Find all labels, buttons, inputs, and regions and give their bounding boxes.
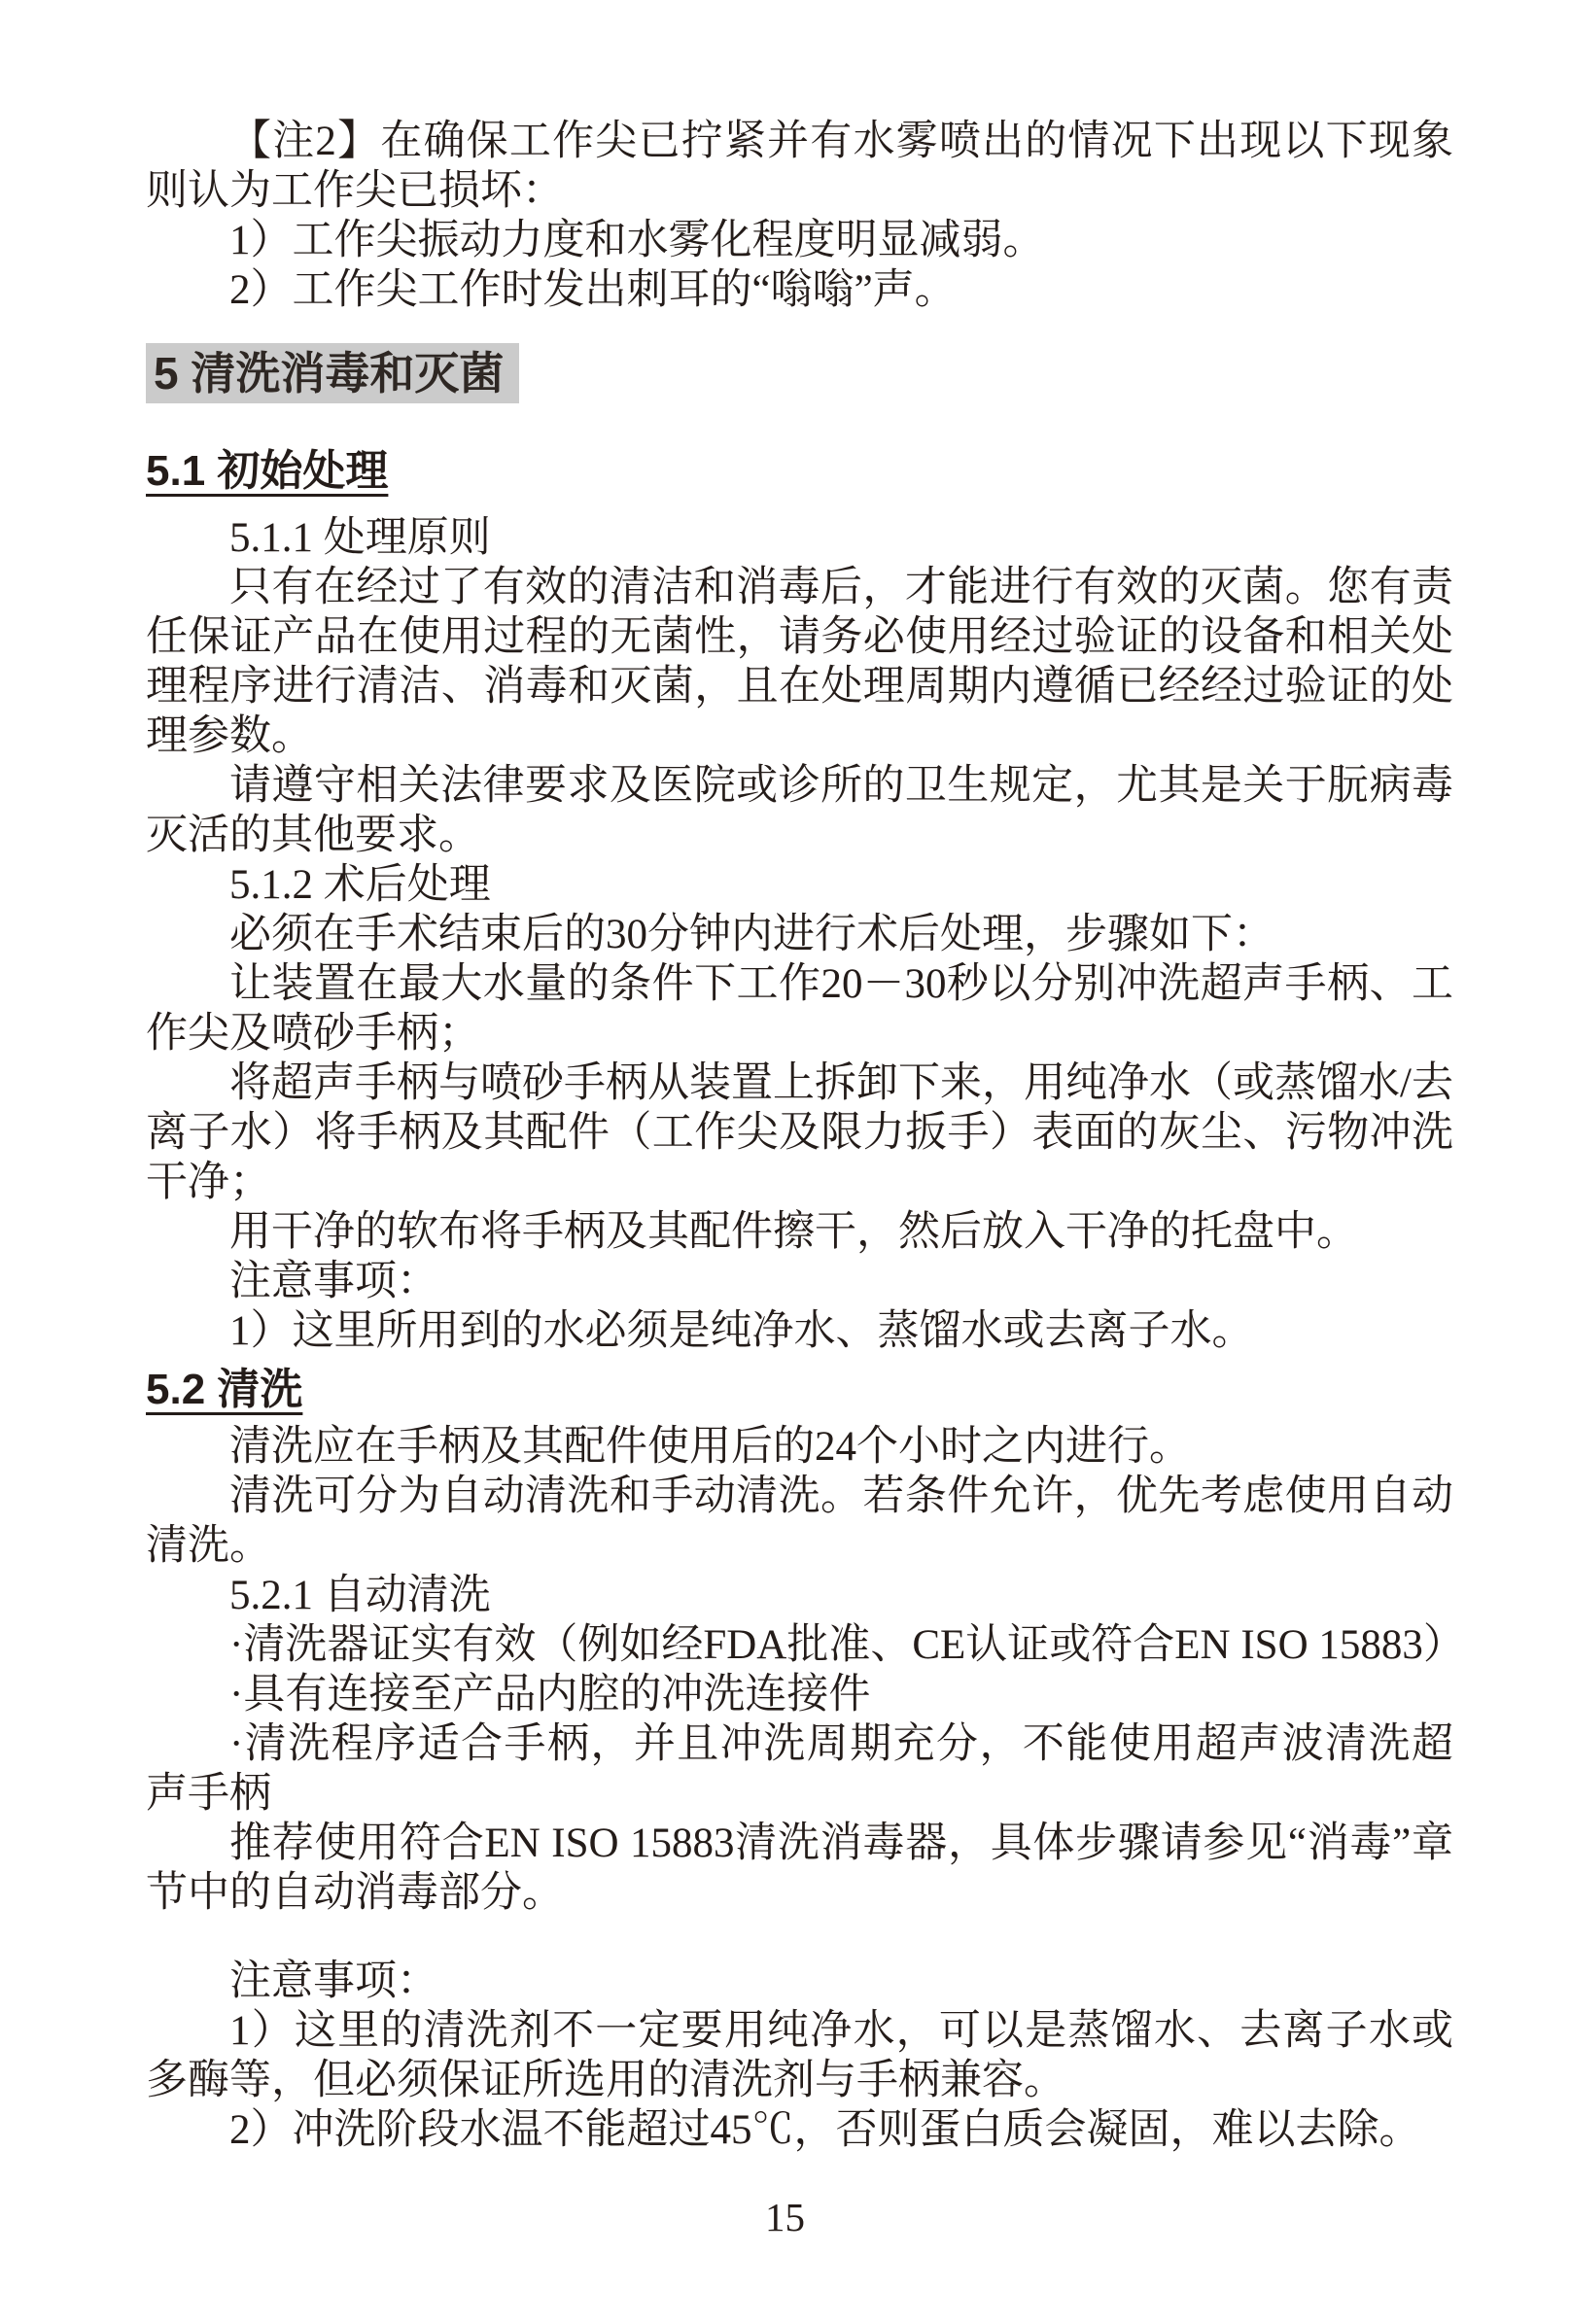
page-content: 【注2】在确保工作尖已拧紧并有水雾喷出的情况下出现以下现象则认为工作尖已损坏： … [146,117,1453,2155]
notes-label-cleaning: 注意事项： [146,1957,1453,2006]
bullet-suitable-program: ·清洗程序适合手柄，并且冲洗周期充分，不能使用超声波清洗超声手柄 [146,1719,1453,1819]
section-5-2-heading-row: 5.2 清洗 [146,1366,1453,1420]
bullet-washer-validated: ·清洗器证实有效（例如经FDA批准、CE认证或符合EN ISO 15883） [146,1620,1453,1670]
page-number: 15 [0,2195,1570,2239]
section-5-heading-row: 5 清洗消毒和灭菌 [146,343,1453,403]
manual-page: 【注2】在确保工作尖已拧紧并有水雾喷出的情况下出现以下现象则认为工作尖已损坏： … [0,0,1570,2324]
paragraph-clean-within-24h: 清洗应在手柄及其配件使用后的24个小时之内进行。 [146,1422,1453,1472]
paragraph-dry-with-cloth: 用干净的软布将手柄及其配件擦干，然后放入干净的托盘中。 [146,1207,1453,1257]
note-item-water-type: 1）这里所用到的水必须是纯净水、蒸馏水或去离子水。 [146,1306,1453,1356]
section-5-heading: 5 清洗消毒和灭菌 [146,343,519,403]
section-5-1-heading-row: 5.1 初始处理 [146,447,1453,502]
section-5-1-2-heading: 5.1.2 术后处理 [146,860,1453,910]
paragraph-legal-requirements: 请遵守相关法律要求及医院或诊所的卫生规定，尤其是关于朊病毒灭活的其他要求。 [146,761,1453,860]
bullet-lumen-connector: ·具有连接至产品内腔的冲洗连接件 [146,1670,1453,1719]
paragraph-auto-vs-manual: 清洗可分为自动清洗和手动清洗。若条件允许，优先考虑使用自动清洗。 [146,1472,1453,1571]
note-item-temperature: 2）冲洗阶段水温不能超过45℃，否则蛋白质会凝固，难以去除。 [146,2105,1453,2155]
paragraph-detach-rinse: 将超声手柄与喷砂手柄从装置上拆卸下来，用纯净水（或蒸馏水/去离子水）将手柄及其配… [146,1058,1453,1207]
section-5-2-1-heading: 5.2.1 自动清洗 [146,1571,1453,1620]
note2-paragraph: 【注2】在确保工作尖已拧紧并有水雾喷出的情况下出现以下现象则认为工作尖已损坏： [146,117,1453,216]
notes-label-initial: 注意事项： [146,1257,1453,1306]
note2-item-1: 1）工作尖振动力度和水雾化程度明显减弱。 [146,216,1453,265]
note-item-detergent: 1）这里的清洗剂不一定要用纯净水，可以是蒸馏水、去离子水或多酶等，但必须保证所选… [146,2006,1453,2105]
section-5-1-1-heading: 5.1.1 处理原则 [146,513,1453,563]
section-5-2-heading: 5.2 清洗 [146,1366,302,1420]
paragraph-post-op-30min: 必须在手术结束后的30分钟内进行术后处理，步骤如下： [146,910,1453,959]
paragraph-recommend-iso15883: 推荐使用符合EN ISO 15883清洗消毒器，具体步骤请参见“消毒”章节中的自… [146,1819,1453,1918]
paragraph-flush-handpieces: 让装置在最大水量的条件下工作20－30秒以分别冲洗超声手柄、工作尖及喷砂手柄； [146,959,1453,1058]
paragraph-processing-principle: 只有在经过了有效的清洁和消毒后，才能进行有效的灭菌。您有责任保证产品在使用过程的… [146,563,1453,761]
note2-item-2: 2）工作尖工作时发出刺耳的“嗡嗡”声。 [146,265,1453,315]
section-5-1-heading: 5.1 初始处理 [146,447,388,502]
